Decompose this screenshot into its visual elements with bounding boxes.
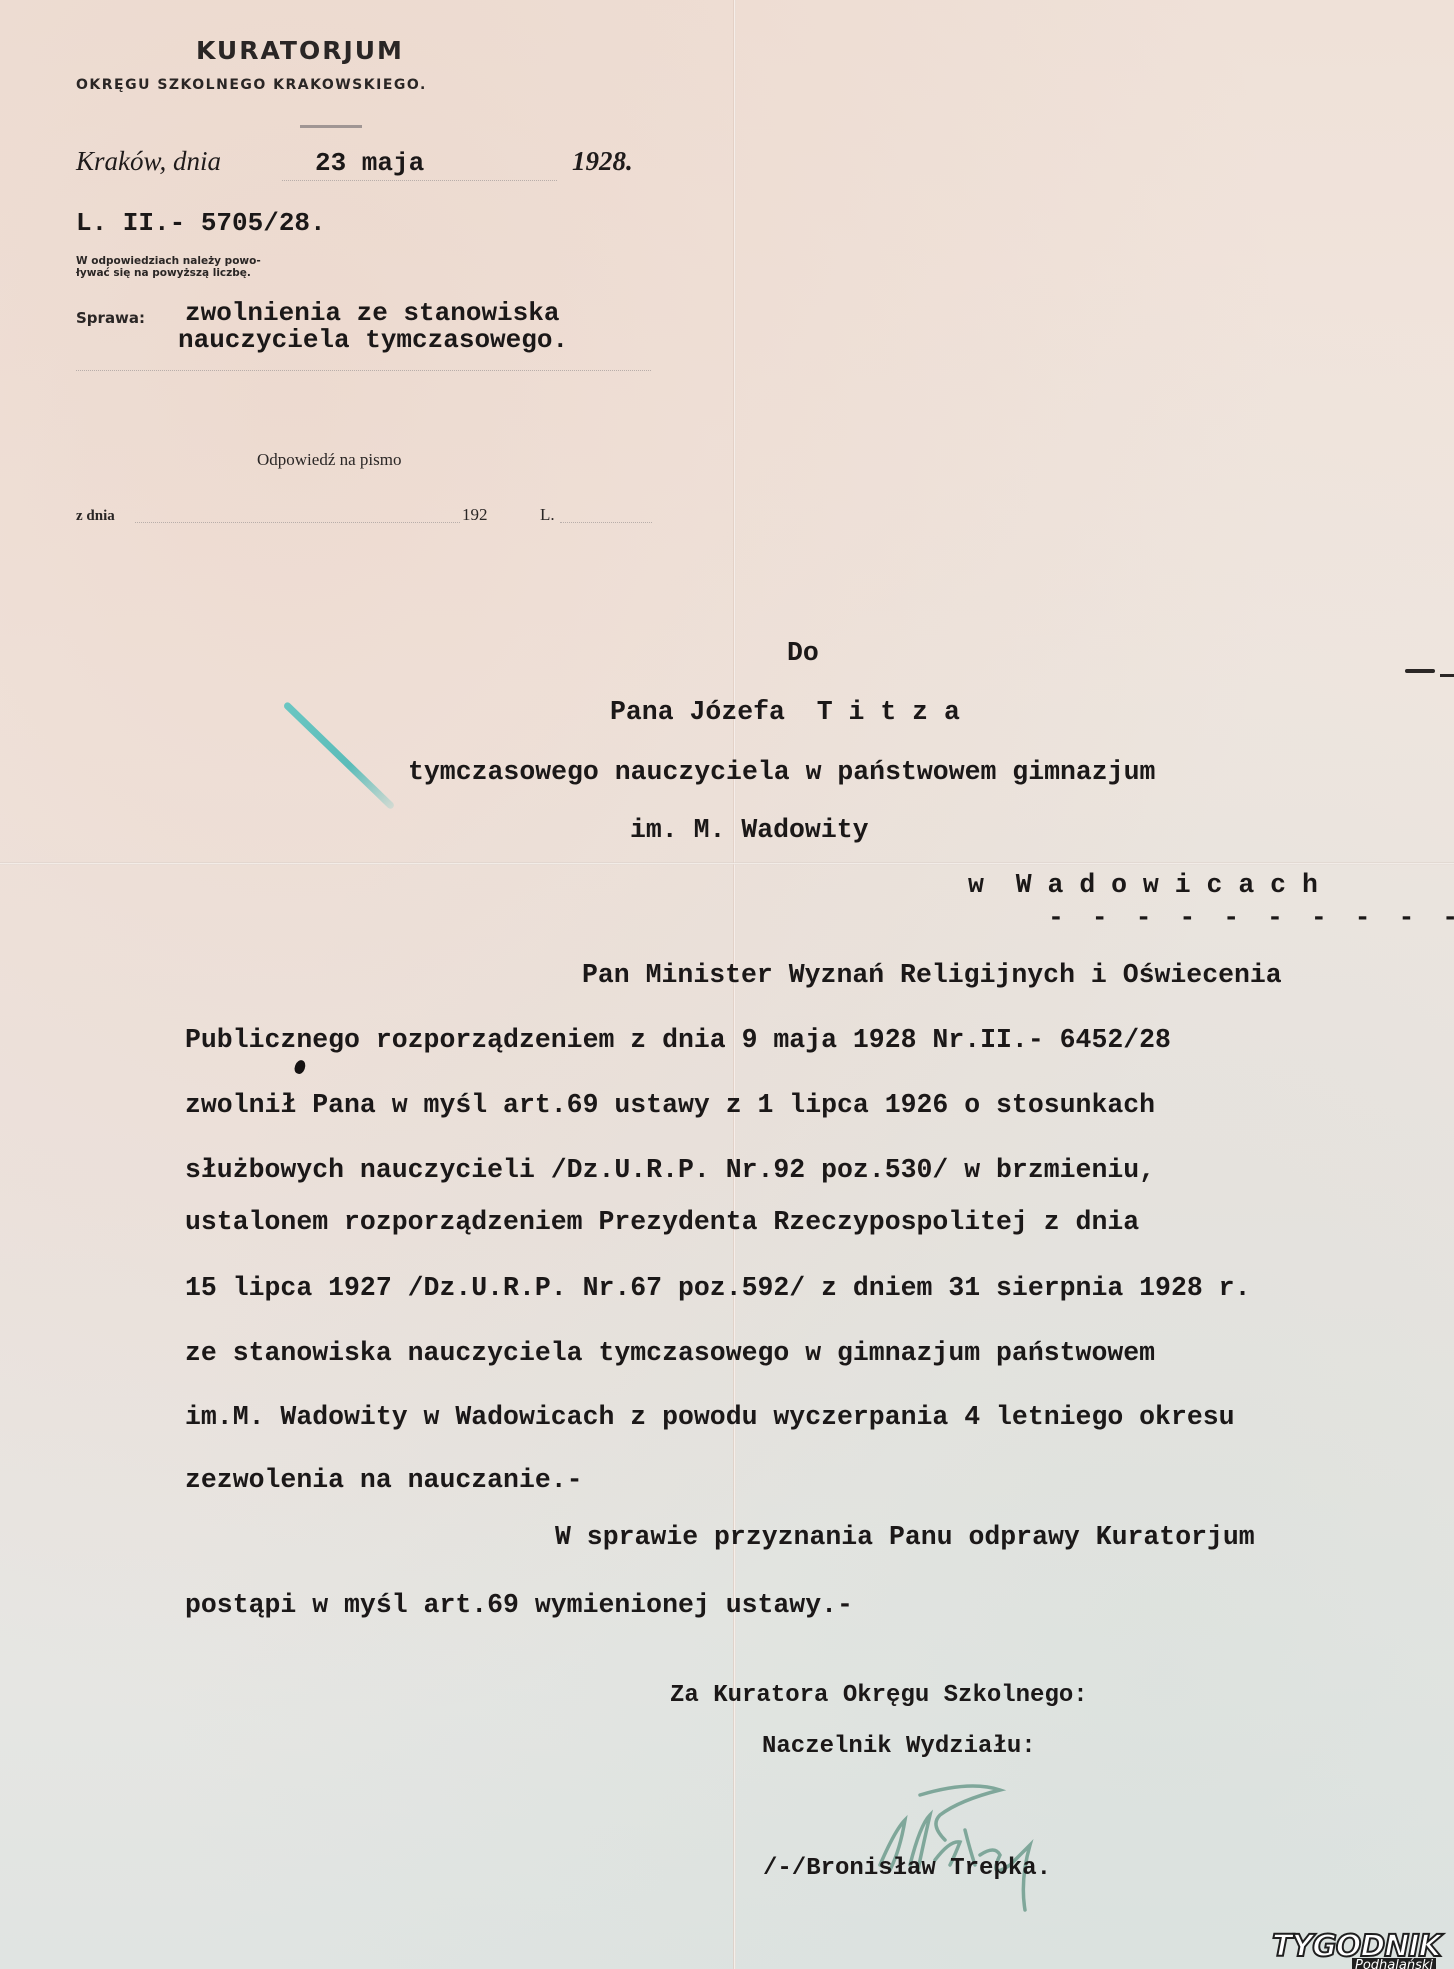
edge-ink-mark bbox=[1405, 669, 1435, 673]
addressee-city-underline: - - - - - - - - - - bbox=[1048, 903, 1454, 933]
subject-line1: zwolnienia ze stanowiska bbox=[185, 298, 559, 328]
addressee-name: Pana Józefa T i t z a bbox=[610, 697, 960, 727]
teal-pen-mark bbox=[283, 701, 396, 810]
subject-dotted-line bbox=[76, 370, 651, 371]
reference-note-line2: ływać się na powyższą liczbę. bbox=[76, 267, 251, 280]
letterhead-title: KURATORJUM bbox=[196, 36, 404, 65]
letterhead-rule bbox=[300, 125, 362, 128]
reply-heading: Odpowiedź na pismo bbox=[257, 450, 401, 470]
publisher-watermark: TYGODNIK Podhalański bbox=[1272, 1932, 1441, 1962]
subject-label: Sprawa: bbox=[76, 309, 145, 327]
body-line-10: W sprawie przyznania Panu odprawy Kurato… bbox=[555, 1522, 1255, 1552]
horizontal-fold-line bbox=[0, 862, 1454, 865]
subject-line2: nauczyciela tymczasowego. bbox=[178, 325, 568, 355]
watermark-sub: Podhalański bbox=[1352, 1958, 1436, 1969]
body-line-8: im.M. Wadowity w Wadowicach z powodu wyc… bbox=[185, 1402, 1235, 1432]
addressee-school: im. M. Wadowity bbox=[630, 815, 869, 845]
body-line-4: służbowych nauczycieli /Dz.U.R.P. Nr.92 … bbox=[185, 1155, 1155, 1185]
body-line-2: Publicznego rozporządzeniem z dnia 9 maj… bbox=[185, 1025, 1171, 1055]
signatory-name: /-/Bronisław Trepka. bbox=[763, 1855, 1051, 1882]
reply-year-prefix: 192 bbox=[462, 505, 488, 525]
ink-blot bbox=[293, 1059, 307, 1076]
body-line-1: Pan Minister Wyznań Religijnych i Oświec… bbox=[582, 960, 1282, 990]
closing-line2: Naczelnik Wydziału: bbox=[762, 1733, 1036, 1760]
edge-ink-mark-2 bbox=[1440, 674, 1454, 677]
reply-number-dotted bbox=[560, 522, 652, 523]
date-day-month: 23 maja bbox=[315, 148, 424, 178]
date-place-prefix: Kraków, dnia bbox=[76, 146, 221, 177]
date-year: 1928. bbox=[572, 146, 633, 177]
body-line-5: ustalonem rozporządzeniem Prezydenta Rze… bbox=[185, 1207, 1139, 1237]
reply-date-prefix: z dnia bbox=[76, 508, 115, 525]
date-dotted-line bbox=[282, 180, 557, 181]
addressee-city: w W a d o w i c a c h bbox=[968, 870, 1318, 900]
reply-number-prefix: L. bbox=[540, 505, 555, 525]
body-line-7: ze stanowiska nauczyciela tymczasowego w… bbox=[185, 1338, 1155, 1368]
reply-date-dotted bbox=[135, 522, 460, 523]
letterhead-subtitle: OKRĘGU SZKOLNEGO KRAKOWSKIEGO. bbox=[76, 77, 427, 93]
reference-number: L. II.- 5705/28. bbox=[76, 208, 326, 238]
body-line-11: postąpi w myśl art.69 wymienionej ustawy… bbox=[185, 1590, 853, 1620]
addressee-to: Do bbox=[787, 638, 819, 668]
body-line-6: 15 lipca 1927 /Dz.U.R.P. Nr.67 poz.592/ … bbox=[185, 1273, 1250, 1303]
addressee-position: tymczasowego nauczyciela w państwowem gi… bbox=[408, 757, 1155, 787]
body-line-3: zwolnił Pana w myśl art.69 ustawy z 1 li… bbox=[185, 1090, 1155, 1120]
body-line-9: zezwolenia na nauczanie.- bbox=[185, 1465, 583, 1495]
closing-line1: Za Kuratora Okręgu Szkolnego: bbox=[670, 1682, 1088, 1709]
